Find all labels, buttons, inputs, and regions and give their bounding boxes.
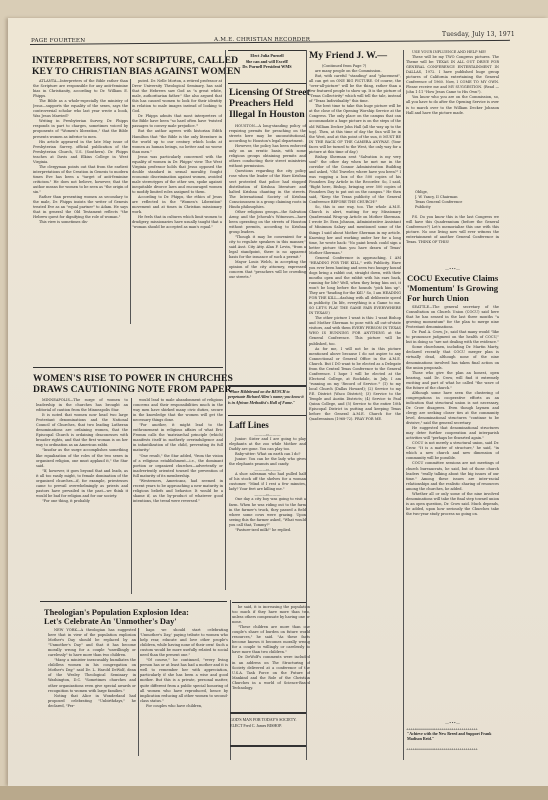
licensing-body: HOUSTON—A long-standing policy of requir… xyxy=(229,124,306,382)
laff-lines-body: ———o———Junior: Sister and I are going to… xyxy=(229,432,306,600)
paragraph: As for me, I will not be in this picture… xyxy=(309,347,401,423)
gods-man-box: GOD'S MAN FOR TODAY'S SOCIETY. ELECT Fre… xyxy=(230,712,306,747)
theologian-col2: haps we should start celebrating 'Unmoth… xyxy=(140,628,228,756)
paragraph: "Though it may be convenient for a city … xyxy=(229,235,306,260)
paragraph: "One result," the Star added, "from the … xyxy=(133,454,223,479)
headline-line: WOMEN'S RISE TO POWER IN CHURCHES xyxy=(33,374,233,385)
theologian-col1: NEW YORK—A theologian has suggested here… xyxy=(48,628,136,756)
my-friend-body: are many people on the Commission.But, w… xyxy=(309,69,401,759)
hildebrand-text: "Place Hildebrand on the BENCH to perpet… xyxy=(228,389,306,405)
paragraph: His article appeared in the late May iss… xyxy=(33,140,128,165)
headline-line: Illegal In Houston xyxy=(229,110,310,121)
paragraph: Questions regarding the city policy rose… xyxy=(229,169,306,209)
hildebrand-box: "Place Hildebrand on the BENCH to perpet… xyxy=(228,385,306,416)
column-rule xyxy=(306,50,307,760)
signature: Oblige,J. W. Yancy, II ChairmanTexas Gen… xyxy=(415,190,499,210)
paragraph: COCU committee sessions are not meetings… xyxy=(406,461,499,491)
paragraph: would lead to male abandonment of religi… xyxy=(133,398,223,423)
headline-line: Let's Celebrate An 'Unmother's Day' xyxy=(44,617,189,626)
paragraph: So, this is one way, too. The whole A.M.… xyxy=(309,205,401,255)
paragraph: SEATTLE—The general secretary of the Con… xyxy=(406,305,499,330)
column-rule xyxy=(225,50,226,590)
interpreters-col1: ATLANTA—Interpreters of the Bible rather… xyxy=(33,79,128,324)
paragraph: Dr. Paul A. Crow, Jr., said that many wo… xyxy=(406,330,499,345)
paragraph: MINNEAPOLIS—The surge of women to leader… xyxy=(36,398,128,413)
womens-rise-headline: WOMEN'S RISE TO POWER IN CHURCHES DRAWS … xyxy=(33,374,233,395)
paragraph: he said, it is increasing the population… xyxy=(232,605,310,625)
paragraph: Those who give the plan an honest, open … xyxy=(406,371,499,391)
headline-line: KEY TO CHRISTIAN BIAS AGAINST WOMEN xyxy=(32,67,241,78)
paragraph: "For one thing, it probably xyxy=(36,499,128,504)
licensing-headline: Licensing Of Street Preachers Held Illeg… xyxy=(229,88,310,120)
paragraph: "Westerners, Americans, had seemed in re… xyxy=(133,479,223,504)
cross-border-bottom: ++++++++++++++++++++++++++++++++++++ xyxy=(406,746,500,751)
page-edge xyxy=(0,786,548,800)
paragraph: General Conference is approaching, I AM … xyxy=(309,256,401,317)
cocu-body: SEATTLE—The general secretary of the Con… xyxy=(406,305,499,723)
laff-lines-headline: Laff Lines xyxy=(229,420,269,431)
column-rule xyxy=(131,398,132,594)
ornament-divider: —•••— xyxy=(406,720,499,725)
paragraph: Dr. DeWolf's comments were included in a… xyxy=(232,655,310,690)
paragraph: This view is sometimes dis- xyxy=(33,220,128,225)
paragraph: He suggested that denominational structu… xyxy=(406,426,499,441)
paragraph: Publicity xyxy=(415,205,499,210)
paragraph: NEW YORK—A theologian has suggested here… xyxy=(48,628,136,658)
paragraph: Rather than presenting women as secondar… xyxy=(33,195,128,220)
my-friend-headline: My Friend J. W.— xyxy=(309,51,387,62)
paragraph: Jesus was particularly concerned with th… xyxy=(132,155,222,195)
paragraph: haps we should start celebrating 'Unmoth… xyxy=(140,628,228,658)
achieve-text: "Achieve with the New Breed and Support … xyxy=(407,731,500,742)
theologian-col3: he said, it is increasing the population… xyxy=(232,605,310,705)
paragraph: But the author agrees with historian Edi… xyxy=(132,129,222,154)
column-rule xyxy=(138,628,139,756)
gods-man-text: GOD'S MAN FOR TODAY'S SOCIETY. ELECT Fre… xyxy=(230,717,306,728)
paragraph: Noting that Alice in Wonderland had prop… xyxy=(48,694,136,709)
headline-line: INTERPRETERS, NOT SCRIPTURE, CALLED xyxy=(32,56,241,67)
paragraph: A shoe salesman who had pulled half of h… xyxy=(229,472,306,492)
paragraph: Writing in Presbyterian Survey, Dr. Phip… xyxy=(33,119,128,139)
column-rule xyxy=(403,50,404,760)
paragraph: However, the policy has been enforced on… xyxy=(229,144,306,169)
paragraph: For couples who have children, xyxy=(140,704,228,709)
column-rule xyxy=(130,79,131,324)
postscript: P.S. Do you know this is the last Congre… xyxy=(406,215,499,265)
paragraph: "For another, it might lead to the enthr… xyxy=(133,423,223,453)
cocu-headline: COCU Executive Claims 'Momentum' Is Grow… xyxy=(407,274,498,303)
paragraph: Other religious groups—the Salvation Arm… xyxy=(229,210,306,235)
paragraph: "Many a minister inexcusably humiliates … xyxy=(48,658,136,693)
womens-rise-col1: MINNEAPOLIS—The surge of women to leader… xyxy=(36,398,128,594)
paragraph: Whether all or only some of the nine inv… xyxy=(406,492,499,517)
purnell-ad-box: Elect Julia Purnell She can and will Exc… xyxy=(228,50,306,84)
paragraph: puted. Dr. Nelle Morton, a retired profe… xyxy=(132,79,222,114)
paragraph: It is noted that women now head two larg… xyxy=(36,413,128,448)
paragraph: Bishop Sherman sent "Salvation is my ver… xyxy=(309,155,401,205)
issue-date: Tuesday, July 13, 1971 xyxy=(442,31,515,38)
theologian-headline: Theologian's Population Explosion Idea: … xyxy=(44,608,189,627)
headline-line: For hurch Union xyxy=(407,294,498,304)
paragraph: "If, however, it goes beyond that and le… xyxy=(36,469,128,499)
paragraph: The other picture I want is this: I want… xyxy=(309,316,401,346)
interpreters-col2: puted. Dr. Nelle Morton, a retired profe… xyxy=(132,79,222,324)
paragraph: Junior: Sister and I are going to play e… xyxy=(229,437,306,452)
headline-line: Theologian's Population Explosion Idea: xyxy=(44,608,189,617)
paragraph: The Bible as a whole-especially the mini… xyxy=(33,99,128,119)
headline-line: Preachers Held xyxy=(229,99,310,110)
section-rule xyxy=(40,601,227,602)
paragraph: Dr. Phipps admits that most interpreters… xyxy=(132,114,222,129)
paragraph: You know who you are on the Commission, … xyxy=(406,95,499,115)
paragraph: P.S. Do you know this is the last Congre… xyxy=(406,215,499,245)
paragraph: ATLANTA—Interpreters of the Bible rather… xyxy=(33,79,128,99)
paragraph: One day a city boy was going to visit a … xyxy=(229,497,306,527)
paragraph: Although some have seen the clustering o… xyxy=(406,391,499,426)
paragraph: Junior: You can be the lady who gives th… xyxy=(229,457,306,467)
paragraph: According to Dr. Phipps, the ethics of J… xyxy=(132,195,222,215)
paragraph: He feels that in cultures which limit wo… xyxy=(132,215,222,230)
paragraph: "Pasture-ized milk!" he replied. xyxy=(229,528,306,533)
paragraph: These will be my TWO Congress pictures. … xyxy=(406,55,499,95)
womens-rise-col2: would lead to male abandonment of religi… xyxy=(133,398,223,594)
paragraph: Mayor Louis Welch, in accepting the opin… xyxy=(229,260,306,280)
paragraph: "Insofar as the surge accomplishes somet… xyxy=(36,448,128,468)
paragraph: COCU is not merely a structural union, s… xyxy=(406,441,499,461)
paragraph: Some churchmen, including Dr. Martin Mar… xyxy=(406,345,499,370)
paragraph: But, with careful "standing" and "placem… xyxy=(309,74,401,104)
paragraph: "Of course," he continued, "every living… xyxy=(140,658,228,703)
paragraph: The best time to take this huge picture … xyxy=(309,104,401,154)
paragraph: "These children are more than one couple… xyxy=(232,625,310,655)
paragraph: HOUSTON—A long-standing policy of requir… xyxy=(229,124,306,144)
paragraph: The clergyman points out that from the e… xyxy=(33,165,128,195)
ad-line: Dr. Purnell President WMS xyxy=(228,64,306,70)
interpreters-headline: INTERPRETERS, NOT SCRIPTURE, CALLED KEY … xyxy=(32,56,241,77)
section-rule xyxy=(33,367,223,368)
ornament-divider: —•••— xyxy=(406,266,499,271)
section-rule xyxy=(232,602,306,603)
headline-line: DRAWS CAUTIONING NOTE FROM PAPER xyxy=(33,385,233,396)
